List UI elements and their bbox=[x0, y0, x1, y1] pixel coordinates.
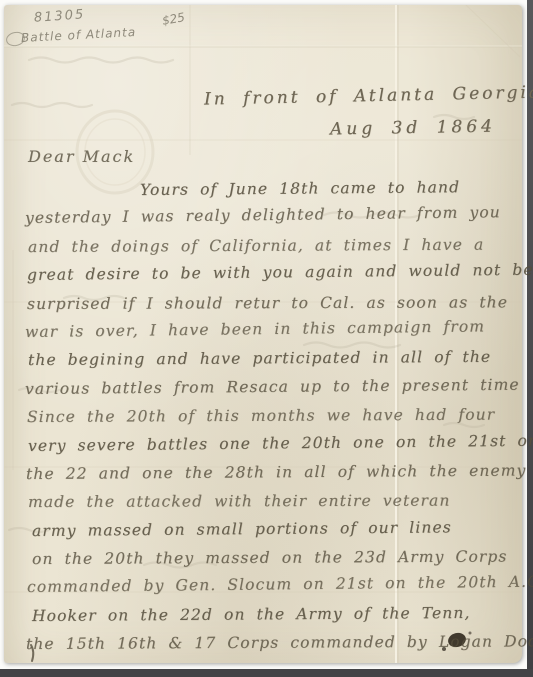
letter-photo: 81305 $25 Battle of Atlanta In front of … bbox=[0, 0, 533, 677]
letter-body-line: made the attacked with their entire vete… bbox=[28, 487, 522, 517]
letter-body-line: the 15th 16th & 17 Corps commanded by Lo… bbox=[26, 628, 522, 659]
letter-body-line: the begining and have participated in al… bbox=[28, 343, 522, 375]
letter-date-line: Aug 3d 1864 bbox=[330, 117, 496, 140]
letter-body-line: yesterday I was realy delighted to hear … bbox=[25, 198, 522, 232]
photo-border-bottom bbox=[0, 669, 533, 677]
letter-salutation: Dear Mack bbox=[28, 147, 135, 166]
letter-page: 81305 $25 Battle of Atlanta In front of … bbox=[4, 5, 522, 663]
letter-body-line: great desire to be with you again and wo… bbox=[27, 256, 522, 290]
letter-body: Yours of June 18th came to hand yesterda… bbox=[24, 176, 522, 659]
letter-body-line: commanded by Gen. Slocum on 21st on the … bbox=[27, 568, 522, 602]
letter-body-line: the 22 and one the 28th in all of which … bbox=[26, 456, 522, 488]
letter-body-line: army massed on small portions of our lin… bbox=[32, 512, 522, 545]
letter-body-line: war is over, I have been in this campaig… bbox=[25, 312, 522, 346]
letter-body-line: Hooker on the 22d on the Army of the Ten… bbox=[32, 598, 522, 630]
letter-body-line: various battles from Resaca up to the pr… bbox=[25, 370, 522, 403]
letter-body-line: very severe battles one the 20th one on … bbox=[28, 426, 522, 460]
